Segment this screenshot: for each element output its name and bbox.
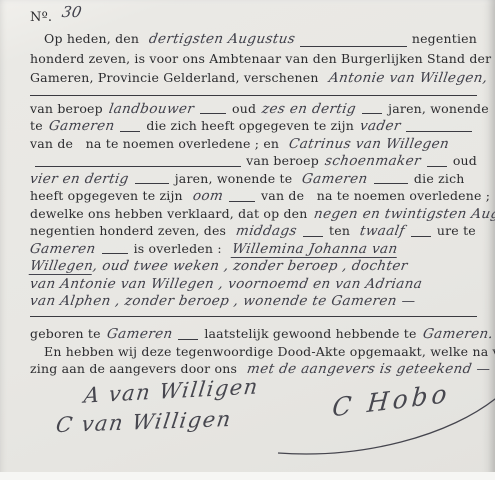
printed-oud2: oud bbox=[453, 153, 477, 168]
printed-te: te bbox=[30, 118, 43, 133]
handwritten-deceased-name-part2: Willegen bbox=[29, 258, 95, 275]
scan-edge bbox=[0, 472, 495, 480]
printed-is-overleden: is overleden : bbox=[134, 241, 222, 256]
fill-dash bbox=[374, 182, 408, 184]
fill-dash bbox=[102, 252, 128, 254]
intro-line-1: Op heden, den dertigsten Augustus negent… bbox=[30, 31, 477, 51]
fill-dash bbox=[200, 112, 226, 114]
act-number-label: Nº. bbox=[30, 10, 52, 25]
handwritten-deceased-details-3: van Alphen , zonder beroep , wonende te … bbox=[29, 293, 417, 309]
fill-dash bbox=[135, 182, 169, 184]
handwritten-residence1: Gameren bbox=[48, 118, 116, 134]
handwritten-occupation2: schoenmaker bbox=[324, 153, 422, 169]
declaration-line-4: van beroep schoenmaker oud bbox=[30, 153, 477, 171]
handwritten-death-place: Gameren bbox=[29, 241, 97, 257]
closing-paragraph: geboren te Gameren laatstelijk gewoond h… bbox=[30, 326, 477, 379]
fill-dash bbox=[120, 130, 140, 132]
handwritten-residence2: Gameren bbox=[301, 171, 369, 187]
printed-op-heden: Op heden, den bbox=[44, 31, 139, 46]
intro-line-3: Gameren, Provincie Gelderland, verschene… bbox=[30, 70, 477, 90]
printed-die-zich: die zich bbox=[414, 171, 465, 186]
handwritten-declarant1-name: Antonie van Willegen, bbox=[327, 70, 488, 86]
act-number: Nº. 30 bbox=[30, 7, 477, 31]
signature-declarant1: A van Willigen bbox=[83, 375, 261, 408]
handwritten-signing-note: met de aangevers is geteekend — bbox=[246, 361, 492, 377]
printed-year-line: negentien honderd zeven, des bbox=[30, 223, 226, 238]
handwritten-relation1: vader bbox=[359, 118, 402, 134]
horizontal-rule bbox=[30, 93, 477, 96]
signature-area: A van Willigen C van Willigen C Hobo bbox=[30, 379, 477, 467]
handwritten-deceased-name-part1: Willemina Johanna van bbox=[230, 241, 398, 258]
printed-intro-line3: Gameren, Provincie Gelderland, verschene… bbox=[30, 70, 319, 85]
printed-van-de-overledene: van de na te noemen overledene ; bbox=[261, 188, 490, 203]
declaration-line-3: van de na te noemen overledene ; en Catr… bbox=[30, 136, 477, 154]
handwritten-declarant2-name: Catrinus van Willegen bbox=[288, 136, 451, 152]
printed-van-beroep2: van beroep bbox=[246, 153, 319, 168]
printed-intro-line2: honderd zeven, is voor ons Ambtenaar van… bbox=[30, 51, 495, 66]
declaration-line-7: dewelke ons hebben verklaard, dat op den… bbox=[30, 206, 477, 224]
handwritten-daypart: middags bbox=[235, 223, 298, 239]
horizontal-rule bbox=[30, 314, 477, 317]
signature-registrar: C Hobo bbox=[331, 379, 452, 423]
printed-verklaard: dewelke ons hebben verklaard, dat op den bbox=[30, 206, 308, 221]
printed-opgegeven2: heeft opgegeven te zijn bbox=[30, 188, 183, 203]
printed-oud: oud bbox=[232, 101, 256, 116]
handwritten-last-residence: Gameren. bbox=[421, 326, 494, 342]
handwritten-hour: twaalf bbox=[359, 223, 406, 239]
declaration-line-5: vier en dertig jaren, wonende te Gameren… bbox=[30, 171, 477, 189]
declaration-line-10: Willegen , oud twee weken , zonder beroe… bbox=[30, 258, 477, 276]
printed-jaren-wonende-te: jaren, wonende te bbox=[175, 171, 293, 186]
printed-laatstelijk: laatstelijk gewoond hebbende te bbox=[204, 326, 416, 341]
printed-jaren-wonende: jaren, wonende bbox=[388, 101, 489, 116]
fill-dash bbox=[411, 235, 431, 237]
handwritten-age1: zes en dertig bbox=[261, 101, 358, 117]
fill-dash bbox=[303, 235, 323, 237]
printed-van-de-overledene-en: van de na te noemen overledene ; en bbox=[30, 136, 279, 151]
printed-opgegeven1: die zich heeft opgegeven te zijn bbox=[146, 118, 354, 133]
printed-closing-line2: En hebben wij deze tegenwoordige Dood-Ak… bbox=[44, 344, 495, 359]
declaration-line-11: van Antonie van Willegen , voornoemd en … bbox=[30, 276, 477, 294]
declaration-paragraph: van beroep landbouwer oud zes en dertig … bbox=[30, 101, 477, 311]
handwritten-occupation1: landbouwer bbox=[108, 101, 196, 117]
printed-van-beroep: van beroep bbox=[30, 101, 103, 116]
printed-closing-line3: zing aan de aangevers door ons bbox=[30, 361, 237, 376]
fill-line bbox=[35, 165, 241, 167]
declaration-line-8: negentien honderd zeven, des middags ten… bbox=[30, 223, 477, 241]
fill-dash bbox=[427, 165, 447, 167]
intro-paragraph: Op heden, den dertigsten Augustus negent… bbox=[30, 31, 477, 90]
handwritten-deceased-details-1: , oud twee weken , zonder beroep , docht… bbox=[92, 258, 409, 274]
intro-line-2: honderd zeven, is voor ons Ambtenaar van… bbox=[30, 51, 477, 71]
fill-dash bbox=[229, 200, 255, 202]
fill-line bbox=[406, 130, 472, 132]
handwritten-registration-date: dertigsten Augustus bbox=[148, 31, 297, 47]
closing-line-2: En hebben wij deze tegenwoordige Dood-Ak… bbox=[30, 344, 477, 362]
fill-dash bbox=[362, 112, 382, 114]
handwritten-relation2: oom bbox=[192, 188, 225, 204]
printed-geboren-te: geboren te bbox=[30, 326, 101, 341]
printed-ure-te: ure te bbox=[437, 223, 476, 238]
handwritten-death-date: negen en twintigsten Augustus bbox=[312, 206, 495, 222]
closing-line-1: geboren te Gameren laatstelijk gewoond h… bbox=[30, 326, 477, 344]
declaration-line-2: te Gameren die zich heeft opgegeven te z… bbox=[30, 118, 477, 136]
act-number-value: 30 bbox=[61, 3, 84, 21]
fill-line bbox=[300, 45, 407, 47]
declaration-line-9: Gameren is overleden : Willemina Johanna… bbox=[30, 241, 477, 259]
signature-declarant2: C van Willigen bbox=[54, 407, 233, 437]
declaration-line-12: van Alphen , zonder beroep , wonende te … bbox=[30, 293, 477, 311]
death-certificate-document: Nº. 30 Op heden, den dertigsten Augustus… bbox=[0, 0, 495, 480]
fill-dash bbox=[178, 338, 198, 340]
printed-ten: ten bbox=[329, 223, 350, 238]
handwritten-deceased-details-2: van Antonie van Willegen , voornoemd en … bbox=[29, 276, 424, 292]
declaration-line-6: heeft opgegeven te zijn oom van de na te… bbox=[30, 188, 477, 206]
handwritten-birthplace: Gameren bbox=[105, 326, 173, 342]
printed-negentien: negentien bbox=[412, 31, 477, 46]
declaration-line-1: van beroep landbouwer oud zes en dertig … bbox=[30, 101, 477, 119]
handwritten-age2: vier en dertig bbox=[29, 171, 130, 187]
